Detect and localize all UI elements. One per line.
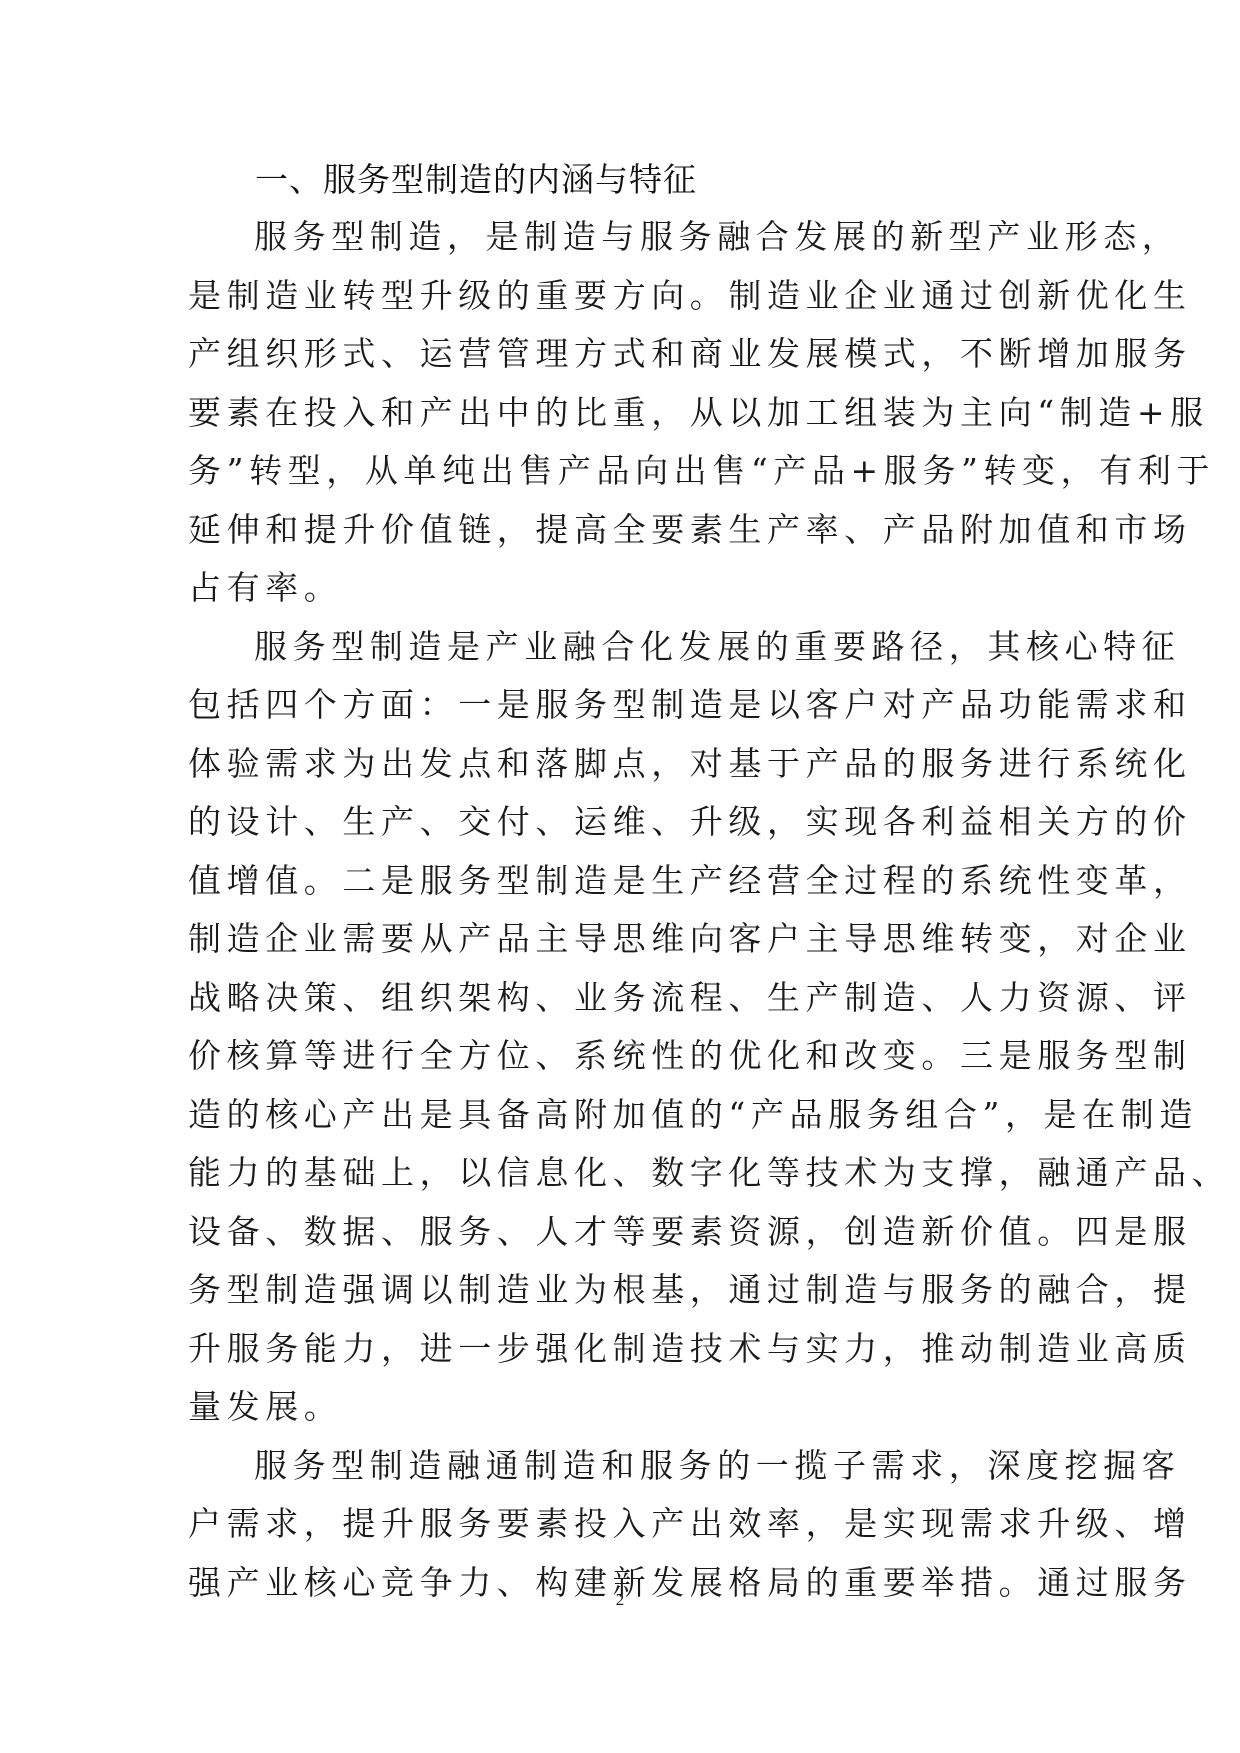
text-line: 产组织形式、运营管理方式和商业发展模式，不断增加服务 (188, 325, 1088, 384)
text-line: 服务型制造是产业融合化发展的重要路径，其核心特征 (188, 618, 1088, 677)
text-line: 务型制造强调以制造业为根基，通过制造与服务的融合，提 (188, 1261, 1088, 1320)
text-line: 值增值。二是服务型制造是生产经营全过程的系统性变革， (188, 852, 1088, 911)
section-heading: 一、服务型制造的内涵与特征 (255, 160, 697, 200)
text-line: 能力的基础上，以信息化、数字化等技术为支撑，融通产品、 (188, 1144, 1088, 1203)
text-line: 价核算等进行全方位、系统性的优化和改变。三是服务型制 (188, 1027, 1088, 1086)
text-line: 升服务能力，进一步强化制造技术与实力，推动制造业高质 (188, 1320, 1088, 1379)
text-line: 服务型制造融通制造和服务的一揽子需求，深度挖掘客 (188, 1437, 1088, 1496)
text-line: 制造企业需要从产品主导思维向客户主导思维转变，对企业 (188, 910, 1088, 969)
body-text: 服务型制造，是制造与服务融合发展的新型产业形态， 是制造业转型升级的重要方向。制… (188, 208, 1088, 1612)
text-line: 造的核心产出是具备高附加值的“产品服务组合”，是在制造 (188, 1086, 1088, 1145)
text-line: 要素在投入和产出中的比重，从以加工组装为主向“制造+服 (188, 384, 1088, 443)
text-line: 务”转型，从单纯出售产品向出售“产品+服务”转变，有利于 (188, 442, 1088, 501)
text-line: 战略决策、组织架构、业务流程、生产制造、人力资源、评 (188, 969, 1088, 1028)
text-line: 体验需求为出发点和落脚点，对基于产品的服务进行系统化 (188, 735, 1088, 794)
text-line: 设备、数据、服务、人才等要素资源，创造新价值。四是服 (188, 1203, 1088, 1262)
text-line: 户需求，提升服务要素投入产出效率，是实现需求升级、增 (188, 1495, 1088, 1554)
text-line: 占有率。 (188, 559, 1088, 618)
text-line: 延伸和提升价值链，提高全要素生产率、产品附加值和市场 (188, 501, 1088, 560)
text-line: 量发展。 (188, 1378, 1088, 1437)
page-number: 2 (0, 1590, 1240, 1610)
text-line: 服务型制造，是制造与服务融合发展的新型产业形态， (188, 208, 1088, 267)
document-page: 一、服务型制造的内涵与特征 服务型制造，是制造与服务融合发展的新型产业形态， 是… (0, 0, 1240, 1753)
text-line: 包括四个方面：一是服务型制造是以客户对产品功能需求和 (188, 676, 1088, 735)
text-line: 的设计、生产、交付、运维、升级，实现各利益相关方的价 (188, 793, 1088, 852)
text-line: 是制造业转型升级的重要方向。制造业企业通过创新优化生 (188, 267, 1088, 326)
